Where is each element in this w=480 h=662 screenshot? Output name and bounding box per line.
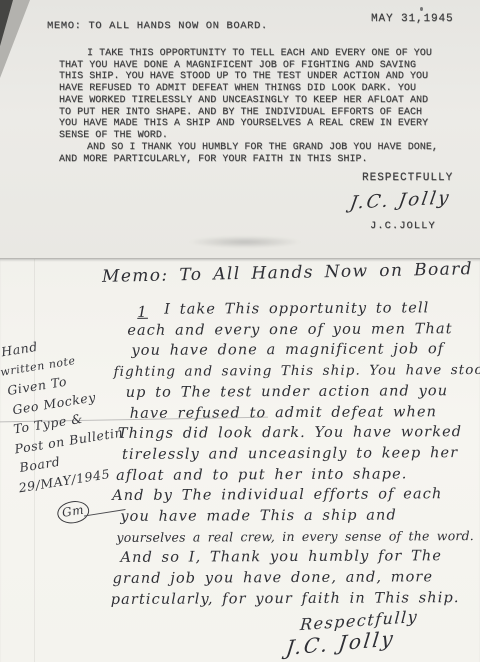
handwritten-line: have refused to admit defeat when [130,402,476,425]
memo-text-line: AND MORE PARTICULARLY, FOR YOUR FAITH IN… [59,154,438,166]
handwritten-line: up to The test under action and you [126,381,476,404]
memo-text-line: THIS SHIP. YOU HAVE STOOD UP TO THE TEST… [59,71,432,83]
signature-typed: J.C.JOLLY [370,220,436,232]
handwritten-note-page: Memo: To All Hands Now on Board Hand wri… [0,258,480,662]
memo-heading: MEMO: TO ALL HANDS NOW ON BOARD. [47,20,268,32]
scan-speck [420,7,423,11]
memo-text-line: THAT YOU HAVE DONE A MAGNIFICENT JOB OF … [59,60,432,72]
memo-text-line: HAVE WORKED TIRELESSLY AND UNCEASINGLY T… [59,95,432,107]
typed-memo-page: MEMO: TO ALL HANDS NOW ON BOARD. MAY 31,… [0,0,480,258]
handwritten-line: I take This opportunity to tell [164,298,475,320]
memo-text-line: I TAKE THIS OPPORTUNITY TO TELL EACH AND… [59,48,432,60]
paragraph-number: 1 [137,302,148,323]
handwritten-line: you have made This a ship and [120,505,476,528]
handwritten-line: Things did look dark. You have worked [118,422,476,445]
handwritten-line: And by The individual efforts of each [112,484,476,507]
initials-text: Gm [56,499,91,526]
memo-text-line: YOU HAVE MADE THIS A SHIP AND YOURSELVES… [59,118,432,130]
signature-handwritten: J.C. Jolly [348,187,452,213]
handwritten-line: And so I, Thank you humbly for The [120,546,476,569]
handwritten-line: yourselves a real crew, in every sense o… [116,526,476,549]
memo-closing: RESPECTFULLY [362,172,453,184]
memo-text-line: SENSE OF THE WORD. [59,130,432,142]
handwritten-body: 1 I take This opportunity to tell each a… [109,298,477,610]
handwritten-line: fighting and saving This ship. You have … [114,360,476,383]
handwritten-line: grand job you have done, and, more [113,567,477,590]
handwritten-heading: Memo: To All Hands Now on Board [102,259,473,287]
handwritten-line: afloat and to put her into shape. [116,464,476,487]
scan-smudge [170,234,320,250]
handwritten-line: tirelessly and unceasingly to keep her [122,443,476,466]
memo-paragraph-1: I TAKE THIS OPPORTUNITY TO TELL EACH AND… [59,48,432,142]
scanned-document: MEMO: TO ALL HANDS NOW ON BOARD. MAY 31,… [0,0,480,662]
memo-date: MAY 31,1945 [371,13,454,25]
memo-text-line: HAVE REFUSED TO ADMIT DEFEAT WHEN THINGS… [59,83,432,95]
memo-text-line: AND SO I THANK YOU HUMBLY FOR THE GRAND … [59,142,438,154]
handwritten-line: each and every one of you men That [127,319,475,342]
handwritten-line: you have done a magnificent job of [131,339,475,362]
memo-text-line: TO PUT HER INTO SHAPE. AND BY THE INDIVI… [59,107,432,119]
memo-paragraph-2: AND SO I THANK YOU HUMBLY FOR THE GRAND … [59,142,438,165]
handwritten-line: particularly, for your faith in This shi… [111,588,477,611]
